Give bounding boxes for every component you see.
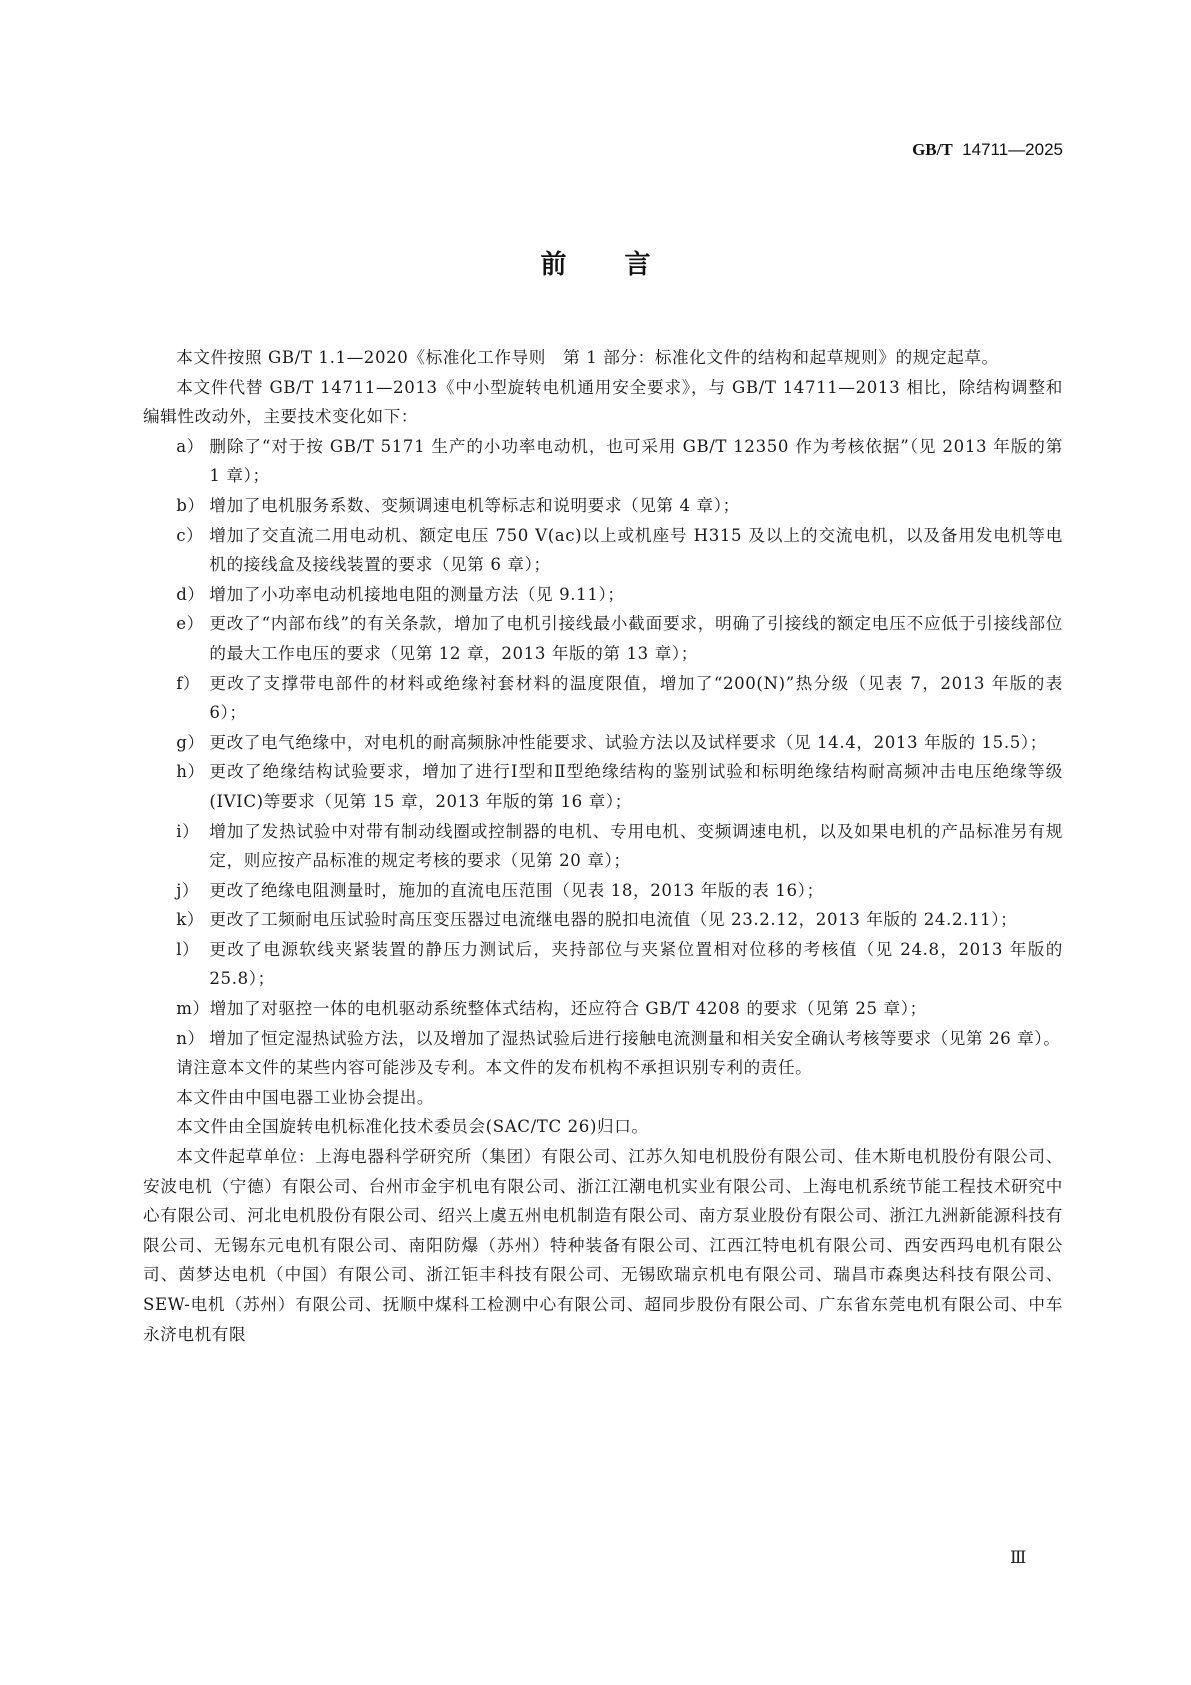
change-item-d: d）增加了小功率电动机接地电阻的测量方法（见 9.11）； — [143, 580, 1063, 610]
item-label: m） — [176, 994, 210, 1024]
item-label: g） — [176, 728, 209, 758]
drafting-units: 本文件起草单位：上海电器科学研究所（集团）有限公司、江苏久知电机股份有限公司、佳… — [143, 1142, 1063, 1349]
change-item-a: a）删除了“对于按 GB/T 5171 生产的小功率电动机，也可采用 GB/T … — [143, 432, 1063, 491]
item-label: k） — [176, 905, 209, 935]
page-title: 前言 — [0, 244, 1191, 281]
item-text: 更改了电气绝缘中，对电机的耐高频脉冲性能要求、试验方法以及试样要求（见 14.4… — [209, 728, 1063, 758]
change-item-c: c）增加了交直流二用电动机、额定电压 750 V(ac)以上或机座号 H315 … — [143, 521, 1063, 580]
intro-paragraph: 本文件按照 GB/T 1.1—2020《标准化工作导则 第 1 部分：标准化文件… — [143, 343, 1063, 373]
change-item-b: b）增加了电机服务系数、变频调速电机等标志和说明要求（见第 4 章）； — [143, 491, 1063, 521]
item-text: 删除了“对于按 GB/T 5171 生产的小功率电动机，也可采用 GB/T 12… — [209, 432, 1063, 491]
item-text: 增加了发热试验中对带有制动线圈或控制器的电机、专用电机、变频调速电机，以及如果电… — [209, 817, 1063, 876]
item-text: 更改了绝缘结构试验要求，增加了进行Ⅰ型和Ⅱ型绝缘结构的鉴别试验和标明绝缘结构耐高… — [209, 757, 1063, 816]
item-label: n） — [176, 1024, 209, 1054]
change-item-e: e）更改了“内部布线”的有关条款，增加了电机引接线最小截面要求，明确了引接线的额… — [143, 609, 1063, 668]
item-text: 更改了支撑带电部件的材料或绝缘衬套材料的温度限值，增加了“200(N)”热分级（… — [209, 669, 1063, 728]
change-item-g: g）更改了电气绝缘中，对电机的耐高频脉冲性能要求、试验方法以及试样要求（见 14… — [143, 728, 1063, 758]
item-label: l） — [176, 935, 209, 994]
item-label: f） — [176, 669, 209, 728]
change-item-i: i）增加了发热试验中对带有制动线圈或控制器的电机、专用电机、变频调速电机，以及如… — [143, 817, 1063, 876]
change-item-h: h）更改了绝缘结构试验要求，增加了进行Ⅰ型和Ⅱ型绝缘结构的鉴别试验和标明绝缘结构… — [143, 757, 1063, 816]
change-item-l: l）更改了电源软线夹紧装置的静压力测试后，夹持部位与夹紧位置相对位移的考核值（见… — [143, 935, 1063, 994]
item-label: c） — [176, 521, 209, 580]
standard-code: GB/T 14711—2025 — [912, 140, 1063, 160]
item-label: h） — [176, 757, 209, 816]
item-text: 增加了交直流二用电动机、额定电压 750 V(ac)以上或机座号 H315 及以… — [209, 521, 1063, 580]
item-label: b） — [176, 491, 209, 521]
item-label: a） — [176, 432, 209, 491]
proposer-statement: 本文件由中国电器工业协会提出。 — [143, 1083, 1063, 1113]
change-item-f: f）更改了支撑带电部件的材料或绝缘衬套材料的温度限值，增加了“200(N)”热分… — [143, 669, 1063, 728]
item-label: e） — [176, 609, 209, 668]
change-item-k: k）更改了工频耐电压试验时高压变压器过电流继电器的脱扣电流值（见 23.2.12… — [143, 905, 1063, 935]
item-text: 增加了恒定湿热试验方法，以及增加了湿热试验后进行接触电流测量和相关安全确认考核等… — [209, 1024, 1063, 1054]
standard-number: 14711—2025 — [962, 140, 1063, 159]
item-label: j） — [176, 876, 209, 906]
item-text: 增加了小功率电动机接地电阻的测量方法（见 9.11）； — [209, 580, 1063, 610]
page-number: Ⅲ — [1010, 1548, 1026, 1568]
committee-statement: 本文件由全国旋转电机标准化技术委员会(SAC/TC 26)归口。 — [143, 1112, 1063, 1142]
item-text: 更改了电源软线夹紧装置的静压力测试后，夹持部位与夹紧位置相对位移的考核值（见 2… — [209, 935, 1063, 994]
document-body: 本文件按照 GB/T 1.1—2020《标准化工作导则 第 1 部分：标准化文件… — [143, 343, 1063, 1349]
change-item-n: n）增加了恒定湿热试验方法，以及增加了湿热试验后进行接触电流测量和相关安全确认考… — [143, 1024, 1063, 1054]
standard-prefix: GB/T — [912, 140, 953, 159]
change-item-m: m）增加了对驱控一体的电机驱动系统整体式结构，还应符合 GB/T 4208 的要… — [143, 994, 1063, 1024]
change-item-j: j）更改了绝缘电阻测量时，施加的直流电压范围（见表 18，2013 年版的表 1… — [143, 876, 1063, 906]
item-text: 更改了绝缘电阻测量时，施加的直流电压范围（见表 18，2013 年版的表 16）… — [209, 876, 1063, 906]
intro-paragraph: 本文件代替 GB/T 14711—2013《中小型旋转电机通用安全要求》，与 G… — [143, 373, 1063, 432]
item-text: 更改了工频耐电压试验时高压变压器过电流继电器的脱扣电流值（见 23.2.12，2… — [209, 905, 1063, 935]
item-text: 更改了“内部布线”的有关条款，增加了电机引接线最小截面要求，明确了引接线的额定电… — [209, 609, 1063, 668]
item-text: 增加了对驱控一体的电机驱动系统整体式结构，还应符合 GB/T 4208 的要求（… — [210, 994, 1063, 1024]
item-label: i） — [176, 817, 209, 876]
item-text: 增加了电机服务系数、变频调速电机等标志和说明要求（见第 4 章）； — [209, 491, 1063, 521]
item-label: d） — [176, 580, 209, 610]
patent-notice: 请注意本文件的某些内容可能涉及专利。本文件的发布机构不承担识别专利的责任。 — [143, 1053, 1063, 1083]
